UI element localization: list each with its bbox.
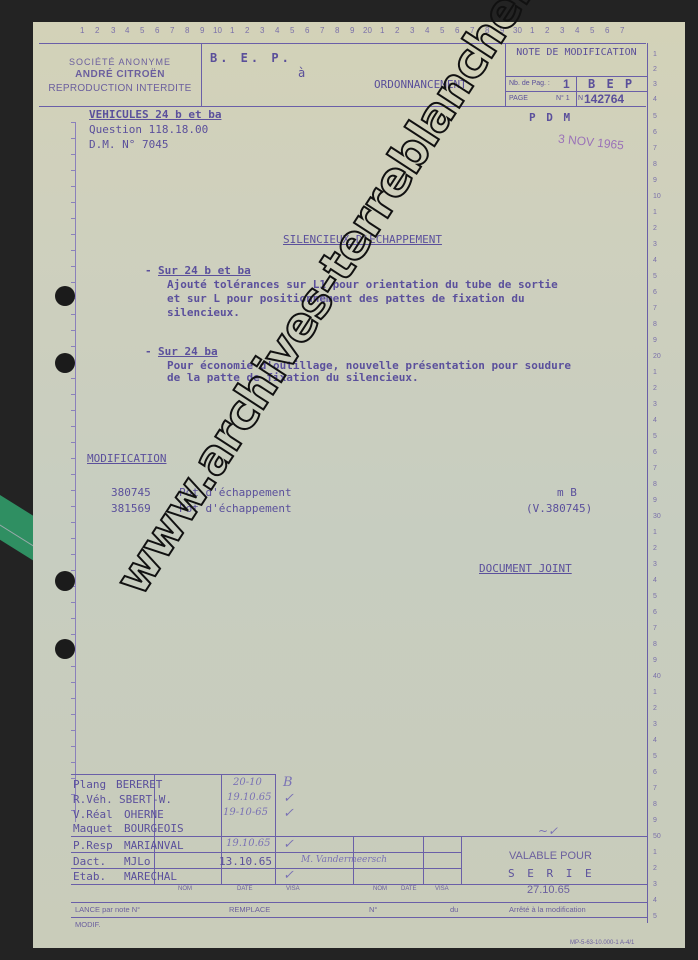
section-1-line-1: Ajouté tolérances sur L1 pour orientatio…	[167, 278, 558, 291]
signoff-name-6: MJLo	[124, 855, 151, 868]
signoff-visa-5: ✓	[283, 837, 294, 852]
signoff-date-6: 13.10.65	[219, 855, 272, 868]
col-date-label: DATE	[237, 886, 253, 892]
nb-pages-value: 1	[563, 77, 570, 91]
section-1-line-3: silencieux.	[167, 306, 240, 319]
bullet-1: -	[145, 264, 152, 277]
signoff-role-4: Maquet	[73, 822, 113, 835]
signoff-date-3: 19-10-65	[223, 807, 268, 818]
signoff-date-1: 20-10	[233, 777, 262, 788]
note-number: 142764	[584, 92, 624, 106]
signoff-date-2: 19.10.65	[227, 792, 272, 803]
signoff-name-3: OHERNE	[124, 808, 164, 821]
modification-label: MODIFICATION	[87, 452, 166, 465]
du-label: du	[450, 905, 458, 914]
col-date-label-2: DATE	[401, 886, 417, 892]
valid-label: VALABLE POUR	[509, 850, 592, 862]
signoff-name-4: BOURGEOIS	[124, 822, 184, 835]
signoff-name-2: SBERT-W.	[119, 793, 172, 806]
punch-hole	[55, 571, 75, 591]
modif-label: MODIF.	[75, 920, 100, 929]
signature: ~✓	[538, 824, 558, 838]
handwritten-name: M. Vandermeersch	[301, 855, 387, 865]
page-no: N° 1	[556, 95, 570, 102]
signoff-role-1: Plang	[73, 778, 106, 791]
to-prefix: à	[298, 66, 305, 80]
signoff-role-5: P.Resp	[73, 839, 113, 852]
punch-hole	[55, 286, 75, 306]
part-1-number: 380745	[111, 486, 151, 499]
nb-pages-label: Nb. de Pag. :	[509, 80, 550, 87]
arrete-label: Arrêté à la modification	[509, 905, 586, 914]
number-prefix: N	[578, 95, 583, 102]
col-visa-label: VISA	[286, 886, 300, 892]
service-code: B E P	[588, 77, 634, 91]
signoff-name-5: MARIANVAL	[124, 839, 184, 852]
part-2-note: (V.380745)	[526, 502, 592, 515]
punch-hole	[55, 353, 75, 373]
reproduction-notice: REPRODUCTION INTERDITE	[39, 83, 201, 94]
signoff-role-3: V.Réal	[73, 808, 113, 821]
page-number-row: PAGE N° 1 N 142764	[506, 91, 647, 107]
remplace-label: REMPLACE	[229, 905, 270, 914]
from-department: B. E. P.	[210, 51, 292, 65]
date-stamp: 3 NOV 1965	[557, 132, 624, 153]
signoff-role-7: Etab.	[73, 870, 106, 883]
section-2-heading: Sur 24 ba	[158, 345, 218, 358]
doc-type: NOTE DE MODIFICATION	[506, 47, 647, 58]
pages-row: Nb. de Pag. : 1 B E P	[506, 76, 647, 92]
pdm-label: P D M	[529, 111, 572, 124]
company-type: SOCIÉTÉ ANONYME	[39, 57, 201, 67]
col-nom-label-2: NOM	[373, 886, 387, 892]
signoff-visa-3: ✓	[283, 806, 294, 821]
document-page: 12345678910 12345678920 12345678930 1234…	[33, 22, 685, 948]
top-ruler: 12345678910 12345678920 12345678930 1234…	[78, 26, 653, 42]
signoff-name-1: BERERET	[116, 778, 162, 791]
signoff-date-5: 19.10.65	[226, 838, 271, 849]
signoff-visa-1: B	[283, 775, 293, 790]
print-code: MP-5-63-10.000-1 A-4/1	[570, 940, 634, 946]
col-nom-label: NOM	[178, 886, 192, 892]
attachment-label: DOCUMENT JOINT	[479, 562, 572, 575]
signoff-visa-2: ✓	[283, 791, 294, 806]
no-label: N°	[369, 905, 377, 914]
signoff-name-7: MARECHAL	[124, 870, 177, 883]
signoff-role-2: R.Véh.	[73, 793, 113, 806]
dm-ref: D.M. N° 7045	[89, 138, 168, 151]
signoff-visa-7: ✓	[283, 868, 294, 883]
company-box: SOCIÉTÉ ANONYME ANDRÉ CITROËN REPRODUCTI…	[39, 44, 202, 106]
col-visa-label-2: VISA	[435, 886, 449, 892]
bullet-2: -	[145, 345, 152, 358]
section-1-heading: Sur 24 b et ba	[158, 264, 251, 277]
header-block: SOCIÉTÉ ANONYME ANDRÉ CITROËN REPRODUCTI…	[39, 43, 646, 107]
question-ref: Question 118.18.00	[89, 123, 208, 136]
vehicles-ref: VEHICULES 24 b et ba	[89, 108, 221, 121]
punch-hole	[55, 639, 75, 659]
valid-date: 27.10.65	[527, 884, 570, 896]
company-name: ANDRÉ CITROËN	[39, 69, 201, 80]
left-ruler	[75, 122, 76, 822]
part-1-note: m B	[557, 486, 577, 499]
page-label: PAGE	[509, 95, 528, 102]
valid-type: S E R I E	[508, 867, 595, 880]
lance-label: LANCE par note N°	[75, 905, 140, 914]
signoff-role-6: Dact.	[73, 855, 106, 868]
note-id-box: NOTE DE MODIFICATION Nb. de Pag. : 1 B E…	[505, 44, 647, 106]
right-ruler: 12345678910 12345678920 12345678930 1234…	[647, 43, 678, 923]
